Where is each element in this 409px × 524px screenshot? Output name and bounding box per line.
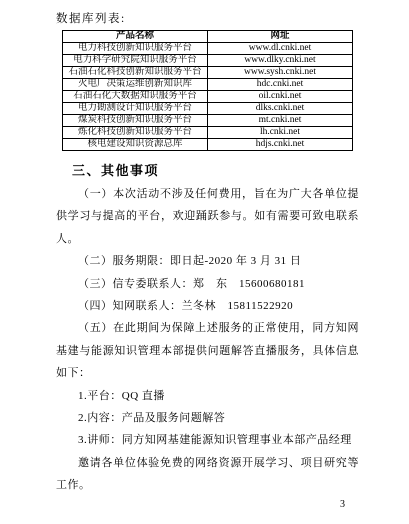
url-header: 网址	[208, 31, 353, 43]
url-cell: dlks.cnki.net	[208, 103, 353, 115]
product-name-cell: 核电建设知识资源总库	[63, 139, 208, 151]
product-name-cell: 炼化科技创新知识服务平台	[63, 127, 208, 139]
product-name-header: 产品名称	[63, 31, 208, 43]
table-row: 石油石化科技创新知识服务平台 www.sysh.cnki.net	[63, 67, 353, 79]
product-name-cell: 煤炭科技创新知识服务平台	[63, 115, 208, 127]
product-name-cell: 电力科技创新知识服务平台	[63, 43, 208, 55]
url-cell: lh.cnki.net	[208, 127, 353, 139]
table-row: 电力科学研究院知识服务平台 www.dlky.cnki.net	[63, 55, 353, 67]
product-name-cell: 火电厂决策运维创新知识库	[63, 79, 208, 91]
product-name-cell: 石油石化科技创新知识服务平台	[63, 67, 208, 79]
url-cell: oil.cnki.net	[208, 91, 353, 103]
page-number: 3	[340, 499, 345, 510]
table-row: 炼化科技创新知识服务平台 lh.cnki.net	[63, 127, 353, 139]
product-name-cell: 电力科学研究院知识服务平台	[63, 55, 208, 67]
paragraph: （四）知网联系人：兰冬林 15811522920	[56, 295, 359, 317]
table-row: 煤炭科技创新知识服务平台 mt.cnki.net	[63, 115, 353, 127]
table-row: 核电建设知识资源总库 hdjs.cnki.net	[63, 139, 353, 151]
paragraph: （一）本次活动不涉及任何费用，旨在为广大各单位提供学习与提高的平台，欢迎踊跃参与…	[56, 183, 359, 250]
table-header-row: 产品名称 网址	[63, 31, 353, 43]
product-name-cell: 石油石化大数据知识服务平台	[63, 91, 208, 103]
table-row: 火电厂决策运维创新知识库 hdc.cnki.net	[63, 79, 353, 91]
table-row: 石油石化大数据知识服务平台 oil.cnki.net	[63, 91, 353, 103]
section-heading: 三、其他事项	[56, 160, 359, 179]
url-cell: hdjs.cnki.net	[208, 139, 353, 151]
table-row: 电力科技创新知识服务平台 www.dl.cnki.net	[63, 43, 353, 55]
url-cell: hdc.cnki.net	[208, 79, 353, 91]
paragraph: （五）在此期间为保障上述服务的正常使用，同方知网基建与能源知识管理本部提供问题解…	[56, 317, 359, 384]
list-item: 3.讲师：同方知网基建能源知识管理事业本部产品经理	[56, 429, 359, 451]
url-cell: www.dlky.cnki.net	[208, 55, 353, 67]
url-cell: www.dl.cnki.net	[208, 43, 353, 55]
url-cell: www.sysh.cnki.net	[208, 67, 353, 79]
document-page: 数据库列表: 产品名称 网址 电力科技创新知识服务平台 www.dl.cnki.…	[0, 0, 409, 524]
table-row: 电力勘测设计知识服务平台 dlks.cnki.net	[63, 103, 353, 115]
paragraph: （三）信专委联系人：郑 东 15600680181	[56, 273, 359, 295]
url-cell: mt.cnki.net	[208, 115, 353, 127]
product-name-cell: 电力勘测设计知识服务平台	[63, 103, 208, 115]
list-item: 1.平台：QQ 直播	[56, 385, 359, 407]
database-table: 产品名称 网址 电力科技创新知识服务平台 www.dl.cnki.net 电力科…	[62, 30, 353, 151]
paragraph: 邀请各单位体验免费的网络资源开展学习、项目研究等工作。	[56, 452, 359, 497]
database-list-label: 数据库列表:	[56, 10, 359, 26]
list-item: 2.内容：产品及服务问题解答	[56, 407, 359, 429]
paragraph: （二）服务期限：即日起-2020 年 3 月 31 日	[56, 250, 359, 272]
